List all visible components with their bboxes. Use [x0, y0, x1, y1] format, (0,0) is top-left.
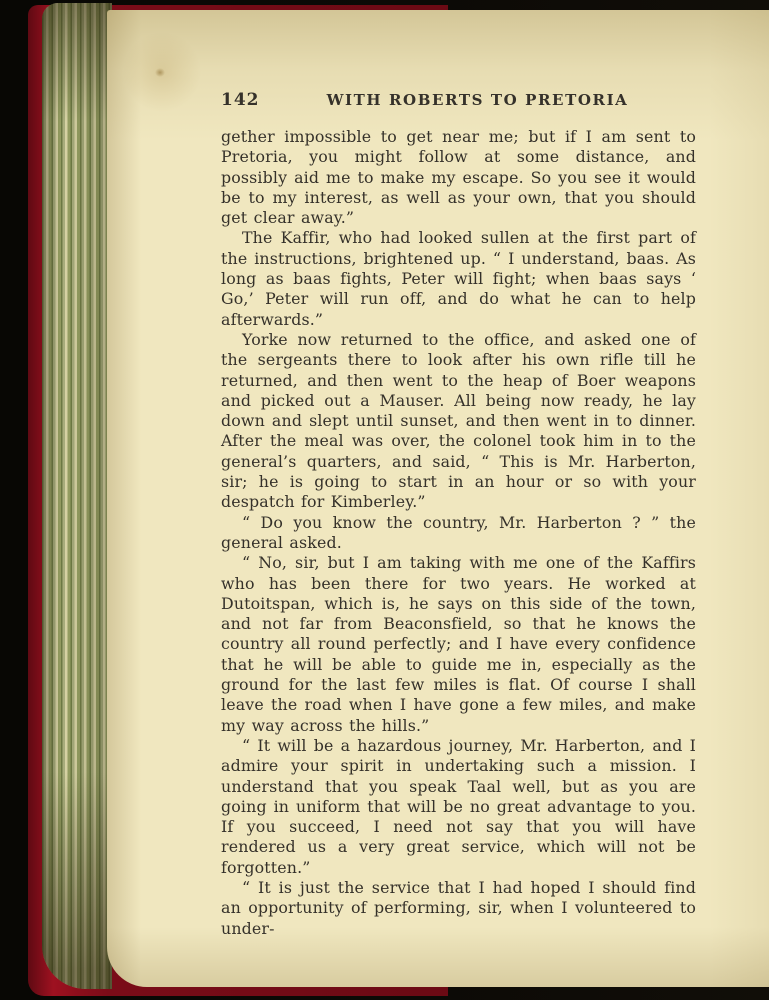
paragraph: “ Do you know the country, Mr. Harberton…	[221, 513, 696, 554]
paragraph: “ It is just the service that I had hope…	[221, 878, 696, 939]
running-title: WITH ROBERTS TO PRETORIA	[299, 91, 656, 109]
paragraph: “ It will be a hazardous journey, Mr. Ha…	[221, 736, 696, 878]
page-content: 142 WITH ROBERTS TO PRETORIA gether impo…	[221, 90, 696, 939]
body-text: gether impossible to get near me; but if…	[221, 127, 696, 939]
paragraph: Yorke now returned to the office, and as…	[221, 330, 696, 513]
page-number: 142	[221, 90, 299, 110]
page-header: 142 WITH ROBERTS TO PRETORIA	[221, 90, 696, 110]
book-photo-background: 142 WITH ROBERTS TO PRETORIA gether impo…	[0, 0, 769, 1000]
page-stain-speck	[155, 68, 165, 77]
book-page: 142 WITH ROBERTS TO PRETORIA gether impo…	[107, 10, 769, 987]
paragraph: The Kaffir, who had looked sullen at the…	[221, 228, 696, 329]
paragraph: “ No, sir, but I am taking with me one o…	[221, 553, 696, 736]
page-edges	[42, 3, 112, 989]
paragraph: gether impossible to get near me; but if…	[221, 127, 696, 228]
